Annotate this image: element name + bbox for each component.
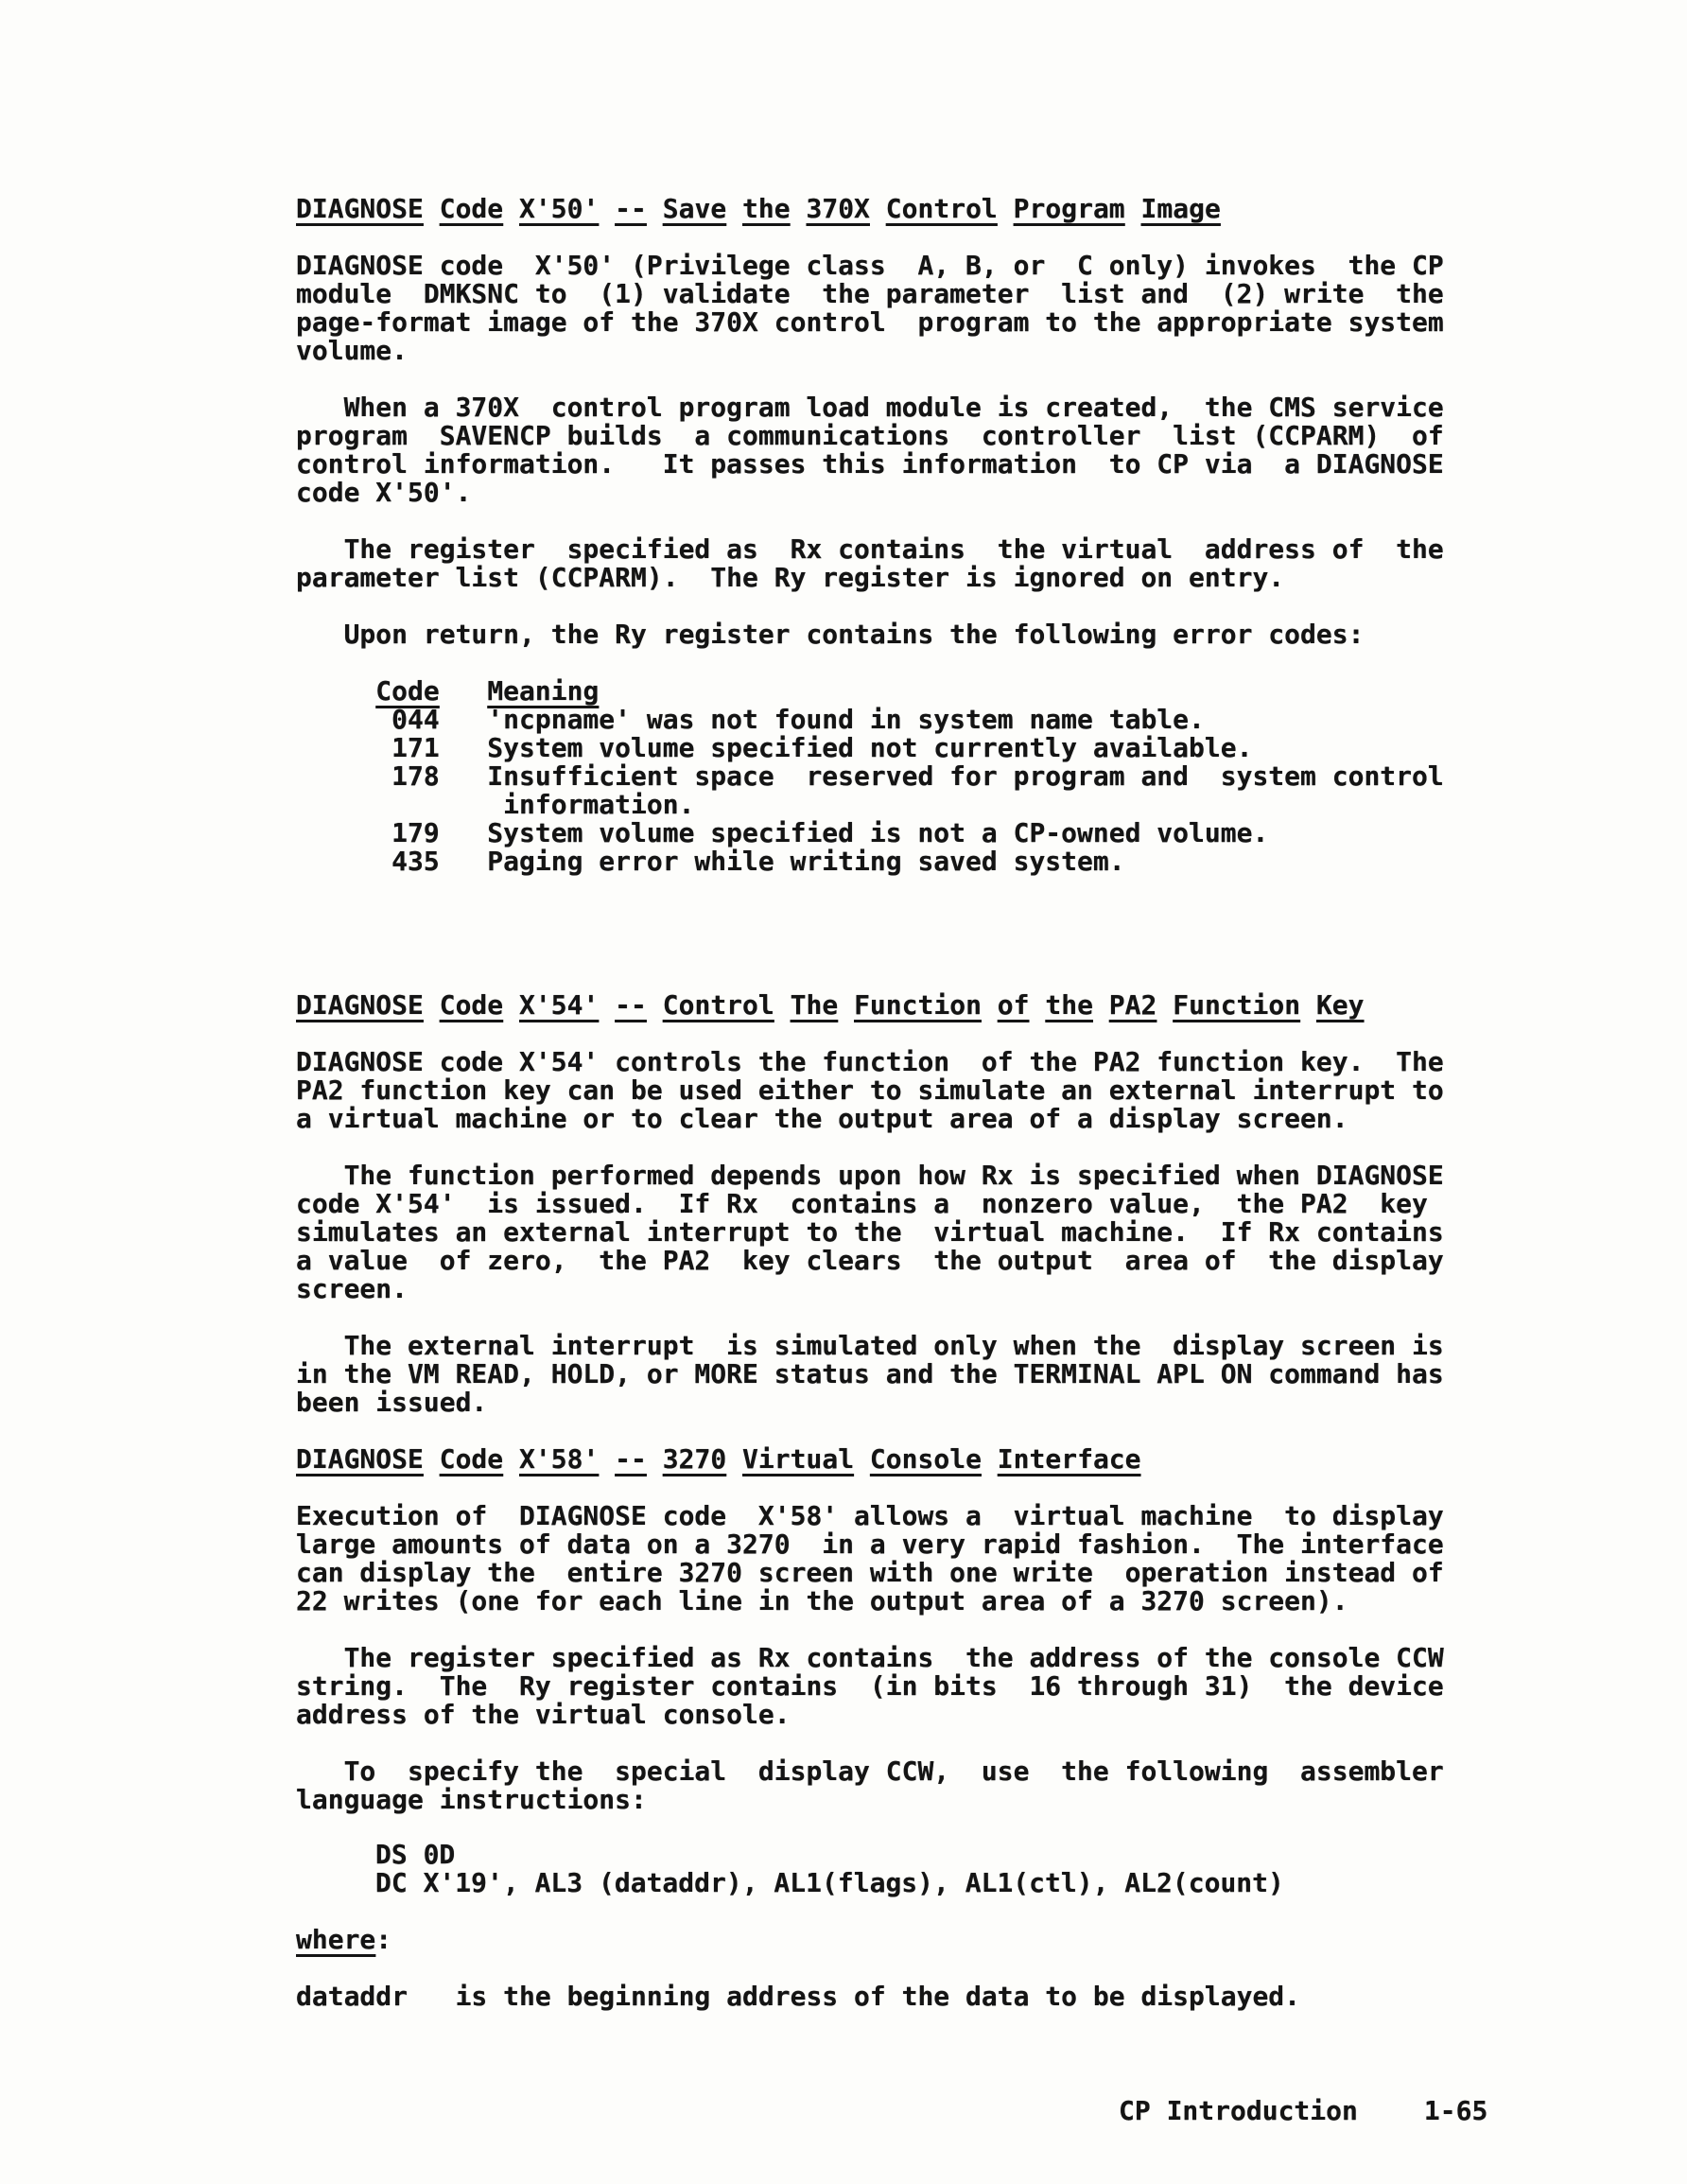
error-code-table: Code Meaning 044 'ncpname' was not found… [296,677,1444,876]
para-x50-intro: DIAGNOSE code X'50' (Privilege class A, … [296,252,1444,365]
section-1-heading: DIAGNOSE Code X'50' -- Save the 370X Con… [296,195,1221,223]
para-x50-when: When a 370X control program load module … [296,393,1444,507]
section-2-heading: DIAGNOSE Code X'54' -- Control The Funct… [296,991,1365,1020]
scanned-manual-page: DIAGNOSE Code X'50' -- Save the 370X Con… [0,0,1687,2184]
footer-page-number: 1-65 [1424,2095,1487,2126]
para-x54-intro: DIAGNOSE code X'54' controls the functio… [296,1048,1444,1133]
para-x54-function: The function performed depends upon how … [296,1162,1444,1303]
section-3-heading: DIAGNOSE Code X'58' -- 3270 Virtual Cons… [296,1445,1141,1474]
where-label: where: [296,1926,391,1954]
para-x54-external: The external interrupt is simulated only… [296,1332,1444,1417]
operand-dataddr: dataddr is the beginning address of the … [296,1983,1300,2011]
para-x58-specify: To specify the special display CCW, use … [296,1757,1444,1814]
para-x58-intro: Execution of DIAGNOSE code X'58' allows … [296,1502,1444,1616]
footer-section-title: CP Introduction [1119,2095,1358,2126]
page-footer: CP Introduction1-65 [1119,2097,1487,2125]
assembler-code-listing: DS 0D DC X'19', AL3 (dataddr), AL1(flags… [375,1841,1284,1897]
para-x58-register: The register specified as Rx contains th… [296,1644,1444,1729]
para-x50-register: The register specified as Rx contains th… [296,535,1444,592]
para-x50-upon: Upon return, the Ry register contains th… [296,620,1364,649]
